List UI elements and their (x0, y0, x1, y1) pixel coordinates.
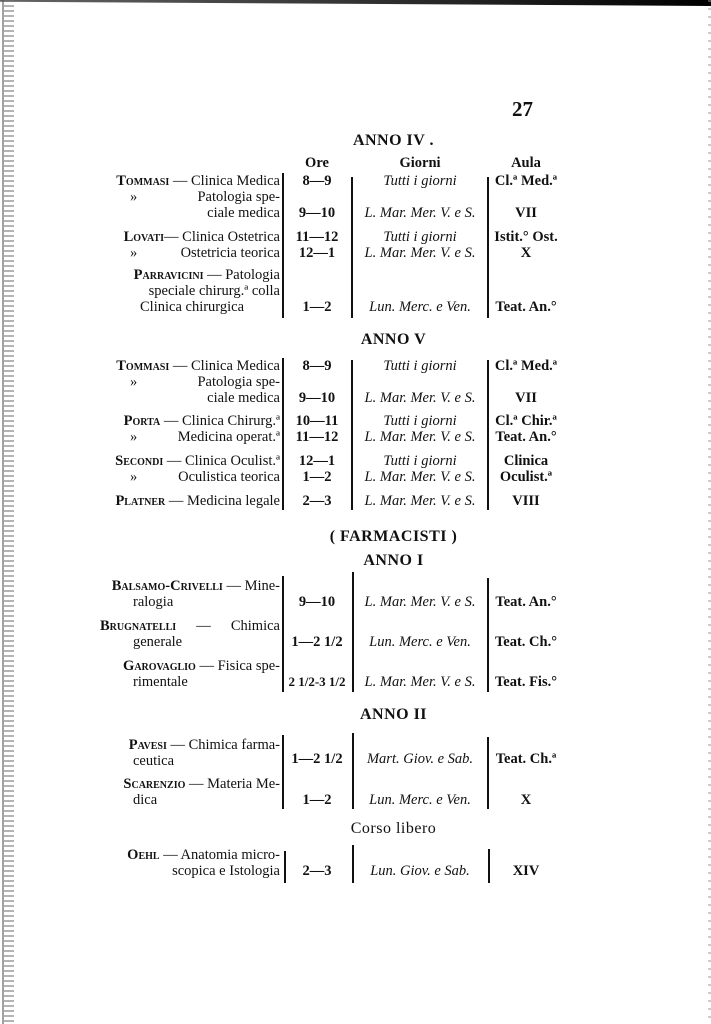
course-name-cont: Clinica chirurgica (100, 299, 280, 315)
course-name-cont: ciale medica (100, 205, 280, 221)
classroom: Teat. Fis.° (490, 674, 562, 690)
hours: 1—2 (284, 792, 350, 808)
course-name-cont: dica (100, 792, 280, 808)
course-name: Clinica Medica (191, 358, 280, 374)
days: Lun. Giov. e Sab. (354, 863, 486, 879)
hours: 11—12 (284, 229, 350, 245)
days: Tutti i giorni (354, 358, 486, 374)
course-name: Clinica Chirurg.ª (182, 413, 280, 429)
classroom: Teat. An.° (490, 299, 562, 315)
hours: 1—2 1/2 (284, 751, 350, 767)
hours: 2—3 (284, 493, 350, 509)
course-name-cont: ceutica (100, 753, 280, 769)
course-name-cont: scopica e Istologia (100, 863, 280, 879)
classroom: Cl.ª Chir.ª (490, 413, 562, 429)
section-title-anno-i: ANNO I (0, 552, 711, 570)
header-aula: Aula (490, 155, 562, 171)
classroom: Teat. An.° (490, 594, 562, 610)
scan-edge-top (0, 0, 711, 6)
classroom: Oculist.ª (490, 469, 562, 485)
classroom: Teat. Ch.ª (490, 751, 562, 767)
section-title-anno-ii: ANNO II (0, 706, 711, 724)
hours: 8—9 (284, 358, 350, 374)
section-title-farmacisti: ( FARMACISTI ) (0, 528, 711, 546)
hours: 9—10 (284, 390, 350, 406)
course-name: Ostetricia teorica (100, 245, 280, 261)
course-name: Clinica Oculist.ª (185, 453, 280, 469)
scan-edge-left (2, 0, 14, 1024)
professor-name: Platner (115, 493, 165, 509)
professor-name: Secondi (115, 453, 163, 469)
classroom: VIII (490, 493, 562, 509)
professor-name: Brugnatelli (100, 618, 176, 634)
course-name: Anatomia micro- (181, 847, 280, 863)
section-title-anno-v: ANNO V (0, 331, 711, 349)
table-corso-libero: Oehl — Anatomia micro- scopica e Istolog… (100, 845, 560, 885)
course-name-cont: generale (100, 634, 280, 650)
professor-name: Parravicini (134, 267, 204, 283)
course-name: Medicina legale (187, 493, 280, 509)
days: Tutti i giorni (354, 413, 486, 429)
page-number: 27 (512, 97, 533, 122)
classroom: Istit.° Ost. (490, 229, 562, 245)
days: Tutti i giorni (354, 453, 486, 469)
section-title-anno-iv: ANNO IV . (0, 132, 711, 150)
days: L. Mar. Mer. V. e S. (354, 245, 486, 261)
course-name: Patologia (225, 267, 280, 283)
days: L. Mar. Mer. V. e S. (354, 469, 486, 485)
course-name-cont: ralogia (100, 594, 280, 610)
days: Mart. Giov. e Sab. (354, 751, 486, 767)
professor-name: Scarenzio (123, 776, 185, 792)
professor-name: Lovati (124, 229, 164, 245)
header-ore: Ore (284, 155, 350, 171)
course-name: Medicina operat.ª (100, 429, 280, 445)
professor-name: Tommasi (116, 173, 169, 189)
classroom: XIV (490, 863, 562, 879)
classroom: VII (490, 205, 562, 221)
classroom: VII (490, 390, 562, 406)
days: L. Mar. Mer. V. e S. (354, 674, 486, 690)
column-divider (487, 737, 489, 809)
column-divider (487, 578, 489, 692)
course-name-cont: rimentale (100, 674, 280, 690)
table-anno-v: Tommasi — Clinica Medica 8—9 Tutti i gio… (100, 356, 560, 516)
days: Lun. Merc. e Ven. (354, 634, 486, 650)
days: L. Mar. Mer. V. e S. (354, 493, 486, 509)
table-anno-iv: Ore Giorni Aula Tommasi — Clinica Medica… (100, 155, 560, 320)
course-name: Clinica Ostetrica (182, 229, 280, 245)
hours: 1—2 (284, 469, 350, 485)
days: L. Mar. Mer. V. e S. (354, 594, 486, 610)
hours: 12—1 (284, 245, 350, 261)
course-name: Materia Me- (207, 776, 280, 792)
hours: 9—10 (284, 594, 350, 610)
days: L. Mar. Mer. V. e S. (354, 429, 486, 445)
course-name: Patologia spe- (100, 189, 280, 205)
hours: 10—11 (284, 413, 350, 429)
book-page: 27 ANNO IV . Ore Giorni Aula Tommasi — C… (0, 0, 711, 1024)
course-name: Oculistica teorica (100, 469, 280, 485)
course-name: Clinica Medica (191, 173, 280, 189)
hours: 1—2 (284, 299, 350, 315)
course-name: Mine- (245, 578, 280, 594)
column-divider (487, 177, 489, 318)
header-giorni: Giorni (354, 155, 486, 171)
days: L. Mar. Mer. V. e S. (354, 390, 486, 406)
hours: 12—1 (284, 453, 350, 469)
classroom: X (490, 792, 562, 808)
hours: 11—12 (284, 429, 350, 445)
course-name: Chimica farma- (189, 737, 280, 753)
section-title-corso-libero: Corso libero (0, 820, 711, 838)
course-name: Chimica (231, 618, 280, 634)
classroom: X (490, 245, 562, 261)
classroom: Cl.ª Med.ª (490, 358, 562, 374)
hours: 8—9 (284, 173, 350, 189)
course-name-cont: speciale chirurg.ª colla (100, 283, 280, 299)
professor-name: Garovaglio (123, 658, 196, 674)
professor-name: Pavesi (129, 737, 167, 753)
table-farmacisti-anno-ii: Pavesi — Chimica farma- ceutica 1—2 1/2 … (100, 735, 560, 815)
days: Lun. Merc. e Ven. (354, 792, 486, 808)
hours: 1—2 1/2 (284, 634, 350, 650)
hours: 2—3 (284, 863, 350, 879)
days: L. Mar. Mer. V. e S. (354, 205, 486, 221)
professor-name: Tommasi (116, 358, 169, 374)
course-name: Fisica spe- (218, 658, 280, 674)
hours: 2 1/2-3 1/2 (284, 674, 350, 690)
classroom: Teat. Ch.° (490, 634, 562, 650)
days: Tutti i giorni (354, 173, 486, 189)
professor-name: Balsamo-Crivelli (112, 578, 223, 594)
days: Tutti i giorni (354, 229, 486, 245)
days: Lun. Merc. e Ven. (354, 299, 486, 315)
column-divider (351, 360, 353, 510)
column-divider (351, 177, 353, 318)
classroom: Teat. An.° (490, 429, 562, 445)
course-name-cont: ciale medica (100, 390, 280, 406)
column-divider (487, 360, 489, 510)
classroom: Cl.ª Med.ª (490, 173, 562, 189)
classroom: Clinica (490, 453, 562, 469)
professor-name: Oehl (127, 847, 159, 863)
course-name: Patologia spe- (100, 374, 280, 390)
table-farmacisti-anno-i: Balsamo-Crivelli — Mine- ralogia 9—10 L.… (100, 576, 560, 696)
professor-name: Porta (124, 413, 161, 429)
hours: 9—10 (284, 205, 350, 221)
